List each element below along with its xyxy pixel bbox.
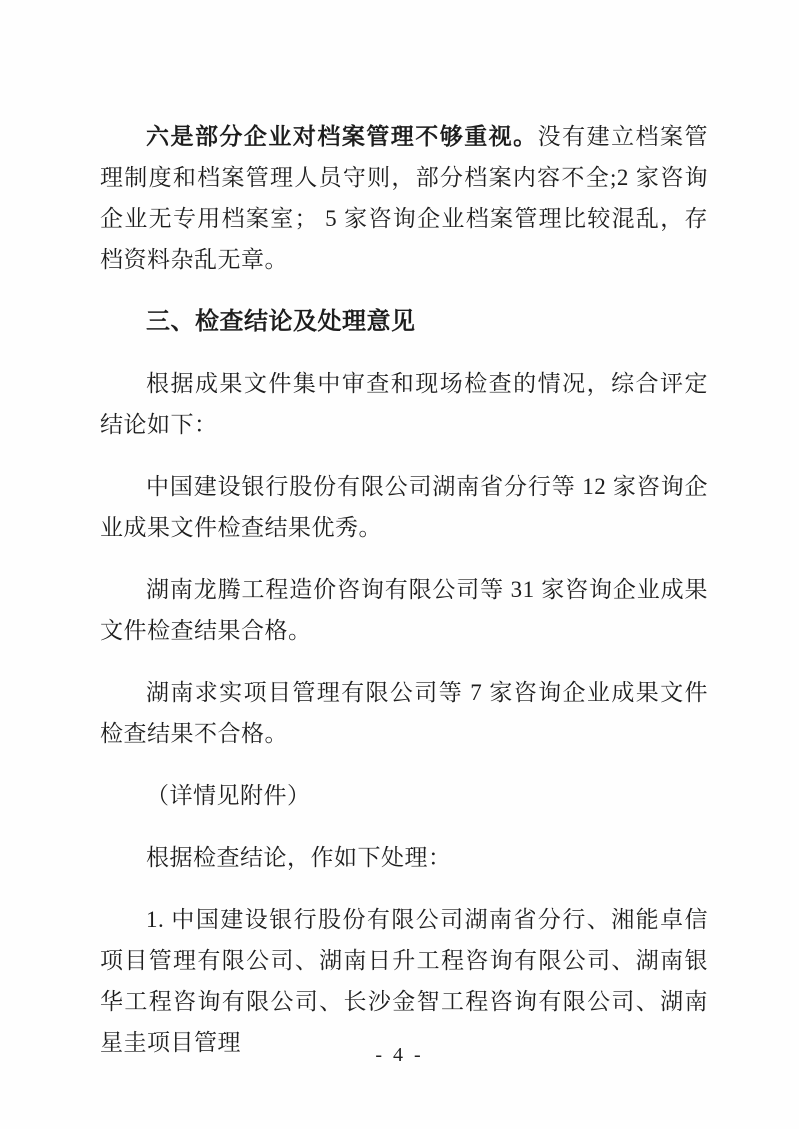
paragraph-attachment-note: （详情见附件）: [100, 775, 708, 816]
paragraph-excellent-result: 中国建设银行股份有限公司湖南省分行等 12 家咨询企业成果文件检查结果优秀。: [100, 466, 708, 548]
paragraph-archive-lead-bold: 六是部分企业对档案管理不够重视。: [146, 123, 538, 149]
page-number: - 4 -: [0, 1044, 799, 1067]
paragraph-handling-item-1: 1. 中国建设银行股份有限公司湖南省分行、湘能卓信项目管理有限公司、湖南日升工程…: [100, 899, 708, 1063]
paragraph-conclusion-intro: 根据成果文件集中审查和现场检查的情况，综合评定结论如下：: [100, 363, 708, 445]
section-heading: 三、检查结论及处理意见: [100, 301, 708, 342]
paragraph-unqualified-result: 湖南求实项目管理有限公司等 7 家咨询企业成果文件检查结果不合格。: [100, 672, 708, 754]
paragraph-handling-intro: 根据检查结论，作如下处理：: [100, 837, 708, 878]
document-page: 六是部分企业对档案管理不够重视。没有建立档案管理制度和档案管理人员守则，部分档案…: [0, 0, 799, 1129]
paragraph-qualified-result: 湖南龙腾工程造价咨询有限公司等 31 家咨询企业成果文件检查结果合格。: [100, 569, 708, 651]
document-body: 六是部分企业对档案管理不够重视。没有建立档案管理制度和档案管理人员守则，部分档案…: [100, 116, 708, 1084]
paragraph-archive-management: 六是部分企业对档案管理不够重视。没有建立档案管理制度和档案管理人员守则，部分档案…: [100, 116, 708, 280]
